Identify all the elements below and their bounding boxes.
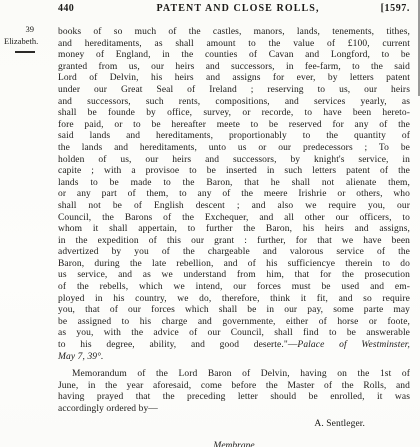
letter-line: Lord of Delvin, his heirs and assigns fo… [58,73,410,85]
memorandum-line: June, in the year aforesaid, come before… [58,381,410,393]
letter-line: under our Great Seal of Ireland ; reserv… [58,85,410,97]
year-label: [1597. [358,3,410,14]
signature: A. Sentleger. [58,419,410,431]
regnal-year: 39 [0,24,54,36]
letter-line: or any part of them, to any of the meere… [58,189,410,201]
letter-line: and hereditaments, as shall amount to th… [58,39,410,51]
running-title: PATENT AND CLOSE ROLLS, [118,3,358,14]
dateline: May 7, 39°. [58,352,410,364]
letter-line: you, that of our forces which shall be i… [58,305,410,317]
letter-line: the lands and hereditaments, unto us or … [58,143,410,155]
letter-paragraph: books of so much of the castles, manors,… [58,27,410,363]
letter-line: be assigned to his charge and government… [58,317,410,329]
text-block: books of so much of the castles, manors,… [58,27,410,430]
page-number: 440 [58,3,118,14]
letter-line: Baron, during the late rebellion, and of… [58,259,410,271]
letter-line: as you, with the advice of our Council, … [58,328,410,340]
letter-line: granted from us, our heirs and successor… [58,62,410,74]
letter-line: lands to be made to the Baron, that he s… [58,178,410,190]
closing-roman-text: to his degree, ability, and good deserte… [58,340,297,350]
letter-line: books of so much of the castles, manors,… [58,27,410,39]
letter-line: Council, the Barons of the Exchequer, an… [58,213,410,225]
margin-rule [15,51,35,53]
letter-line: capite ; with a provisoe to be inserted … [58,166,410,178]
letter-closing-line: to his degree, ability, and good deserte… [58,340,410,352]
running-header: 440 PATENT AND CLOSE ROLLS, [1597. [58,3,410,14]
letter-line: shall be founde by office, survey, or re… [58,108,410,120]
memorandum-paragraph: Memorandum of the Lord Baron of Delvin, … [58,369,410,415]
margin-note: 39 Elizabeth. [0,24,54,53]
memorandum-line: accordingly ordered by— [58,404,410,416]
letter-line: and successors, such rents, compositions… [58,97,410,109]
letter-line: holden of us, our heirs and successors, … [58,155,410,167]
monarch-name: Elizabeth. [0,36,54,48]
letter-line: ployed in his country, we do, therefore,… [58,294,410,306]
letter-line: shall not be of English descent ; and al… [58,201,410,213]
place-name-italic: Palace of Westminster, [297,340,410,350]
letter-line: in the expedition of this our grant : fu… [58,236,410,248]
memorandum-line: Memorandum of the Lord Baron of Delvin, … [58,369,410,381]
memorandum-line: having prayed that the preceding letter … [58,392,410,404]
letter-line: fore paid, or to be hereafter meete to b… [58,120,410,132]
letter-line: us service, and as we understand from hi… [58,270,410,282]
letter-line: whom it shall appertain, to further the … [58,224,410,236]
scanned-book-page: 440 PATENT AND CLOSE ROLLS, [1597. 39 El… [0,0,420,447]
letter-line: advertized by you of the chargeable and … [58,247,410,259]
letter-line: money of England, in the counties of Cav… [58,50,410,62]
letter-line: of the rebells, which we intend, our for… [58,282,410,294]
letter-line: said lands and hereditaments, proportion… [58,131,410,143]
clipped-footer-text: Membrane [58,441,410,447]
